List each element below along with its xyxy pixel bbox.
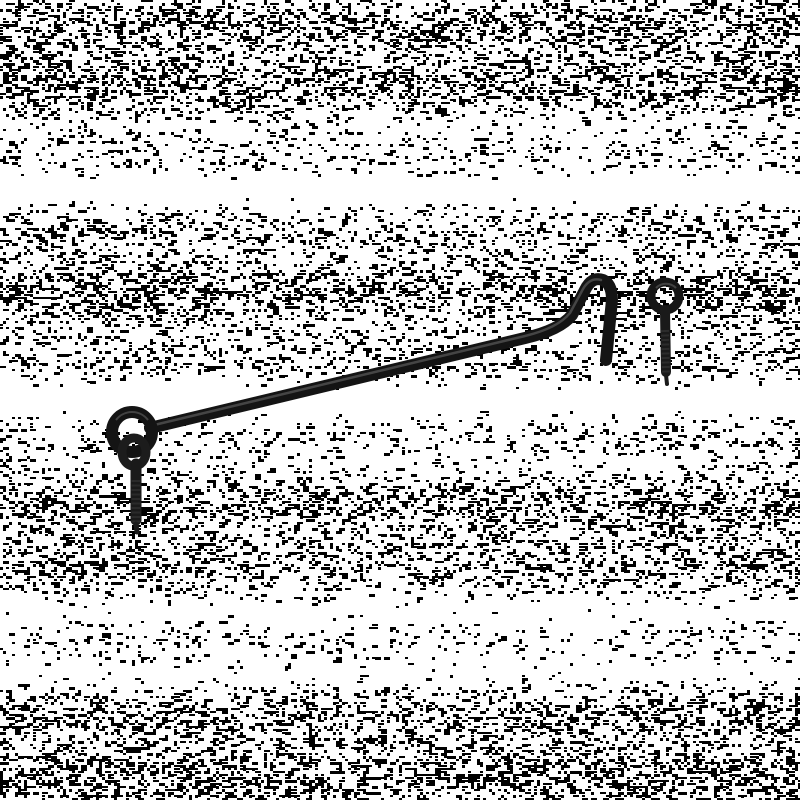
screw-eye-right [651,282,679,384]
hook-bar [112,279,612,452]
gate-hook-photo [0,0,800,800]
